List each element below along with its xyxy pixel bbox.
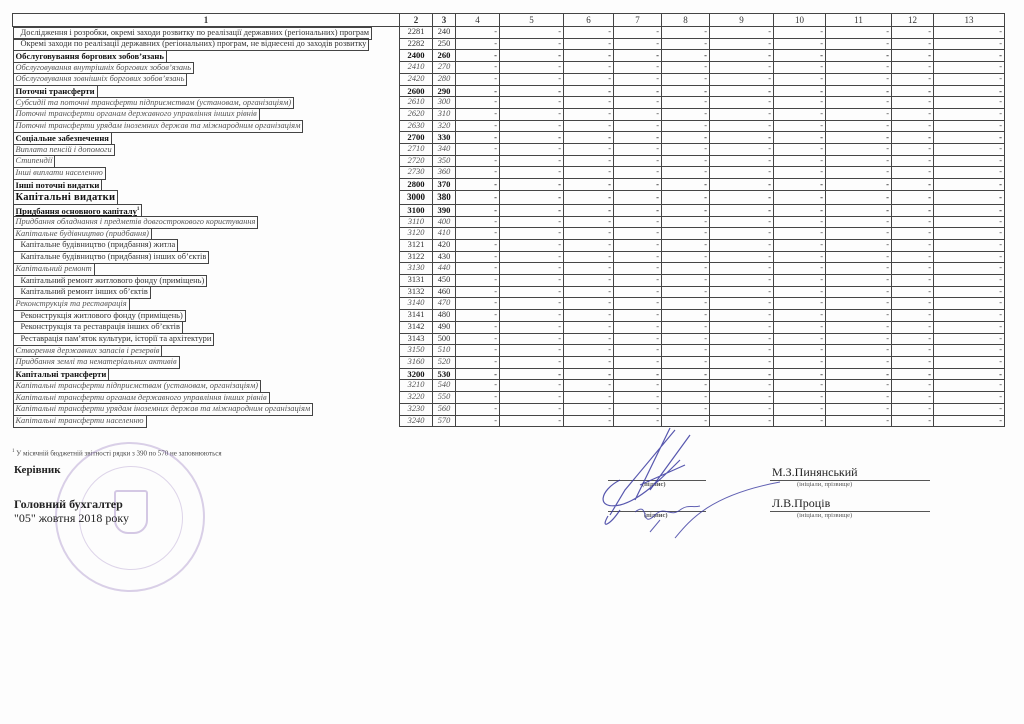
row-value: - (614, 275, 662, 287)
row-value: - (826, 251, 892, 263)
column-header: 11 (826, 14, 892, 27)
row-code: 3122 (400, 251, 433, 263)
row-value: - (662, 216, 710, 228)
row-value: - (614, 321, 662, 333)
row-line: 370 (433, 179, 456, 191)
row-value: - (892, 38, 934, 50)
row-line: 320 (433, 120, 456, 132)
row-name-text: Дослідження і розробки, окремі заходи ро… (21, 28, 370, 37)
row-line: 380 (433, 190, 456, 204)
row-value: - (934, 108, 1005, 120)
row-value: - (774, 310, 826, 322)
row-line: 250 (433, 38, 456, 50)
row-value: - (564, 132, 614, 144)
row-value: - (564, 228, 614, 240)
row-value: - (662, 392, 710, 404)
row-value: - (456, 204, 500, 216)
row-code: 3100 (400, 204, 433, 216)
row-value: - (500, 392, 564, 404)
column-header: 1 (13, 14, 400, 27)
column-header: 12 (892, 14, 934, 27)
row-value: - (892, 216, 934, 228)
row-code: 2710 (400, 144, 433, 156)
row-value: - (934, 27, 1005, 39)
row-value: - (564, 108, 614, 120)
row-value: - (710, 368, 774, 380)
row-value: - (456, 38, 500, 50)
row-value: - (892, 144, 934, 156)
row-name-text: Обслуговування зовнішніх боргових зобов’… (16, 74, 185, 83)
row-value: - (564, 345, 614, 357)
table-row: Капітальні трансферти підприємствам (уст… (13, 380, 1005, 392)
row-value: - (456, 392, 500, 404)
row-name-text: Поточні трансферти урядам іноземних держ… (16, 121, 301, 130)
row-value: - (892, 239, 934, 251)
row-value: - (934, 62, 1005, 74)
row-value: - (564, 27, 614, 39)
row-value: - (662, 239, 710, 251)
row-value: - (500, 403, 564, 415)
row-name-text: Обслуговування внутрішніх боргових зобов… (16, 63, 192, 72)
row-value: - (662, 62, 710, 74)
row-value: - (710, 179, 774, 191)
row-value: - (456, 108, 500, 120)
row-value: - (710, 321, 774, 333)
row-value: - (710, 228, 774, 240)
row-code: 3132 (400, 286, 433, 298)
table-row: Капітальне будівництво (придбання) інших… (13, 251, 1005, 263)
row-name-text: Капітальне будівництво (придбання) інших… (21, 252, 207, 261)
row-value: - (662, 321, 710, 333)
row-value: - (892, 263, 934, 275)
table-row: Інші виплати населенню2730360---------- (13, 167, 1005, 179)
row-value: - (934, 368, 1005, 380)
row-value: - (614, 144, 662, 156)
table-row: Соціальне забезпечення2700330---------- (13, 132, 1005, 144)
row-value: - (826, 356, 892, 368)
row-line: 330 (433, 132, 456, 144)
column-header: 10 (774, 14, 826, 27)
row-value: - (456, 333, 500, 345)
row-value: - (774, 298, 826, 310)
row-value: - (774, 179, 826, 191)
row-value: - (614, 120, 662, 132)
row-value: - (826, 403, 892, 415)
row-name-text: Капітальні трансферти (16, 369, 107, 379)
row-line: 550 (433, 392, 456, 404)
column-header: 2 (400, 14, 433, 27)
row-value: - (662, 50, 710, 62)
row-value: - (774, 62, 826, 74)
table-row: Обслуговування внутрішніх боргових зобов… (13, 62, 1005, 74)
table-row: Поточні трансферти урядам іноземних держ… (13, 120, 1005, 132)
row-value: - (662, 345, 710, 357)
row-value: - (710, 275, 774, 287)
row-value: - (710, 216, 774, 228)
row-line: 510 (433, 345, 456, 357)
row-value: - (662, 263, 710, 275)
row-value: - (710, 380, 774, 392)
row-line: 240 (433, 27, 456, 39)
row-name-text: Капітальні трансферти населенню (16, 416, 144, 425)
row-value: - (500, 62, 564, 74)
row-value: - (774, 345, 826, 357)
row-name-text: Капітальний ремонт житлового фонду (прим… (21, 276, 205, 285)
row-value: - (564, 392, 614, 404)
row-value: - (710, 85, 774, 97)
row-value: - (892, 251, 934, 263)
row-value: - (892, 85, 934, 97)
row-name-text: Капітальний ремонт інших об’єктів (21, 287, 148, 296)
row-name: Капітальні трансферти населенню (13, 415, 147, 428)
row-name-text: Реконструкція та реставрація (16, 299, 127, 308)
row-value: - (456, 179, 500, 191)
row-value: - (892, 27, 934, 39)
row-value: - (456, 62, 500, 74)
row-code: 3240 (400, 415, 433, 427)
row-code: 3131 (400, 275, 433, 287)
row-value: - (456, 310, 500, 322)
row-value: - (456, 415, 500, 427)
row-value: - (892, 380, 934, 392)
row-code: 2700 (400, 132, 433, 144)
row-value: - (934, 333, 1005, 345)
row-value: - (934, 392, 1005, 404)
row-value: - (826, 275, 892, 287)
row-value: - (500, 132, 564, 144)
row-line: 270 (433, 62, 456, 74)
footnote-mark: 1 (12, 449, 15, 454)
row-value: - (614, 27, 662, 39)
row-value: - (774, 356, 826, 368)
table-row: Виплата пенсій і допомоги2710340--------… (13, 144, 1005, 156)
row-name-text: Капітальне будівництво (придбання) житла (21, 240, 176, 249)
row-value: - (500, 155, 564, 167)
row-code: 3150 (400, 345, 433, 357)
row-value: - (456, 50, 500, 62)
column-header: 3 (433, 14, 456, 27)
row-value: - (500, 415, 564, 427)
row-value: - (826, 286, 892, 298)
row-value: - (614, 190, 662, 204)
row-value: - (456, 144, 500, 156)
row-line: 480 (433, 310, 456, 322)
row-name-text: Обслуговування боргових зобов’язань (16, 51, 164, 61)
row-value: - (934, 85, 1005, 97)
row-value: - (500, 321, 564, 333)
table-row: Реконструкція та реставрація3140470-----… (13, 298, 1005, 310)
row-value: - (892, 97, 934, 109)
row-value: - (614, 97, 662, 109)
row-value: - (934, 97, 1005, 109)
row-value: - (500, 190, 564, 204)
row-value: - (456, 239, 500, 251)
row-value: - (662, 155, 710, 167)
row-value: - (892, 275, 934, 287)
row-value: - (892, 356, 934, 368)
row-value: - (774, 97, 826, 109)
row-value: - (826, 108, 892, 120)
row-value: - (774, 239, 826, 251)
row-value: - (774, 167, 826, 179)
row-value: - (564, 298, 614, 310)
row-value: - (456, 298, 500, 310)
row-value: - (774, 132, 826, 144)
row-value: - (774, 190, 826, 204)
row-value: - (662, 73, 710, 85)
row-value: - (614, 85, 662, 97)
row-value: - (662, 144, 710, 156)
row-value: - (710, 62, 774, 74)
row-value: - (826, 62, 892, 74)
row-name-text: Реконструкція житлового фонду (приміщень… (21, 311, 183, 320)
row-code: 3000 (400, 190, 433, 204)
row-value: - (662, 356, 710, 368)
table-row: Обслуговування боргових зобов’язань24002… (13, 50, 1005, 62)
row-value: - (710, 251, 774, 263)
row-value: - (826, 85, 892, 97)
row-value: - (774, 403, 826, 415)
row-value: - (826, 120, 892, 132)
row-value: - (710, 392, 774, 404)
row-value: - (774, 27, 826, 39)
row-value: - (500, 275, 564, 287)
row-line: 490 (433, 321, 456, 333)
row-value: - (710, 167, 774, 179)
row-value: - (500, 108, 564, 120)
row-value: - (774, 228, 826, 240)
row-value: - (500, 368, 564, 380)
row-name-text: Інші поточні видатки (16, 180, 100, 190)
row-value: - (456, 132, 500, 144)
row-value: - (774, 73, 826, 85)
row-value: - (710, 356, 774, 368)
row-value: - (564, 275, 614, 287)
row-value: - (892, 204, 934, 216)
row-value: - (710, 190, 774, 204)
row-value: - (710, 298, 774, 310)
row-value: - (774, 286, 826, 298)
row-name-text: Стипендії (16, 156, 53, 165)
handwritten-signatures (580, 420, 810, 540)
row-value: - (564, 251, 614, 263)
row-code: 3160 (400, 356, 433, 368)
row-value: - (710, 333, 774, 345)
row-line: 430 (433, 251, 456, 263)
row-value: - (500, 167, 564, 179)
row-value: - (614, 38, 662, 50)
accountant-label: Головний бухгалтер (14, 497, 123, 512)
row-value: - (564, 73, 614, 85)
row-value: - (564, 144, 614, 156)
row-value: - (774, 144, 826, 156)
row-value: - (934, 73, 1005, 85)
column-header: 4 (456, 14, 500, 27)
row-value: - (710, 27, 774, 39)
row-value: - (662, 190, 710, 204)
row-value: - (774, 155, 826, 167)
row-value: - (564, 286, 614, 298)
row-value: - (710, 263, 774, 275)
table-row: Придбання землі та нематеріальних активі… (13, 356, 1005, 368)
row-code: 3200 (400, 368, 433, 380)
row-value: - (614, 228, 662, 240)
row-line: 440 (433, 263, 456, 275)
row-value: - (662, 179, 710, 191)
table-row: Окремі заходи по реалізації державних (р… (13, 38, 1005, 50)
column-header: 6 (564, 14, 614, 27)
row-value: - (662, 27, 710, 39)
row-value: - (614, 155, 662, 167)
row-value: - (774, 204, 826, 216)
row-value: - (614, 132, 662, 144)
table-row: Капітальні трансферти населенню3240570--… (13, 415, 1005, 427)
row-value: - (564, 120, 614, 132)
row-value: - (826, 179, 892, 191)
row-value: - (774, 263, 826, 275)
row-value: - (614, 380, 662, 392)
column-header: 13 (934, 14, 1005, 27)
row-value: - (662, 333, 710, 345)
table-row: Капітальний ремонт3130440---------- (13, 263, 1005, 275)
row-value: - (614, 392, 662, 404)
row-value: - (774, 275, 826, 287)
row-value: - (710, 120, 774, 132)
row-name-text: Окремі заходи по реалізації державних (р… (21, 39, 367, 48)
row-value: - (564, 356, 614, 368)
row-value: - (934, 310, 1005, 322)
row-code: 3130 (400, 263, 433, 275)
budget-expenditure-table: 12345678910111213Дослідження і розробки,… (12, 13, 1005, 427)
row-value: - (826, 144, 892, 156)
row-code: 3230 (400, 403, 433, 415)
row-value: - (710, 239, 774, 251)
table-row: Створення державних запасів і резервів31… (13, 345, 1005, 357)
row-value: - (774, 38, 826, 50)
row-value: - (934, 263, 1005, 275)
row-value: - (662, 310, 710, 322)
row-value: - (934, 144, 1005, 156)
row-name-text: Капітальний ремонт (16, 264, 92, 273)
table-row: Субсидії та поточні трансферти підприємс… (13, 97, 1005, 109)
row-name-text: Субсидії та поточні трансферти підприємс… (16, 98, 292, 107)
row-value: - (892, 286, 934, 298)
row-value: - (710, 204, 774, 216)
row-name-text: Інші виплати населенню (16, 168, 103, 177)
table-row: Капітальне будівництво (придбання)312041… (13, 228, 1005, 240)
row-value: - (826, 73, 892, 85)
row-value: - (892, 298, 934, 310)
row-value: - (662, 108, 710, 120)
row-value: - (826, 132, 892, 144)
row-value: - (500, 204, 564, 216)
row-value: - (500, 345, 564, 357)
row-line: 340 (433, 144, 456, 156)
row-value: - (564, 216, 614, 228)
row-value: - (500, 286, 564, 298)
row-value: - (826, 392, 892, 404)
row-value: - (500, 333, 564, 345)
row-value: - (564, 179, 614, 191)
row-value: - (710, 144, 774, 156)
row-name-text: Поточні трансферти (16, 86, 95, 96)
row-value: - (710, 97, 774, 109)
row-value: - (826, 298, 892, 310)
row-value: - (614, 108, 662, 120)
table-row: Капітальні трансферти3200530---------- (13, 368, 1005, 380)
row-value: - (564, 97, 614, 109)
table-row: Капітальний ремонт житлового фонду (прим… (13, 275, 1005, 287)
row-value: - (892, 403, 934, 415)
row-value: - (614, 368, 662, 380)
row-value: - (710, 286, 774, 298)
row-value: - (456, 155, 500, 167)
row-line: 280 (433, 73, 456, 85)
row-code: 2600 (400, 85, 433, 97)
row-value: - (500, 216, 564, 228)
row-value: - (564, 167, 614, 179)
row-value: - (564, 321, 614, 333)
row-value: - (456, 345, 500, 357)
row-value: - (774, 380, 826, 392)
row-value: - (892, 50, 934, 62)
row-code: 2420 (400, 73, 433, 85)
column-header: 7 (614, 14, 662, 27)
row-value: - (934, 120, 1005, 132)
row-value: - (934, 251, 1005, 263)
row-value: - (892, 167, 934, 179)
table-row: Реконструкція та реставрація інших об’єк… (13, 321, 1005, 333)
row-code: 3141 (400, 310, 433, 322)
row-name-text: Капітальні видатки (16, 192, 116, 203)
row-value: - (662, 380, 710, 392)
table-row: Придбання основного капіталу13100390----… (13, 204, 1005, 216)
row-value: - (774, 333, 826, 345)
row-line: 300 (433, 97, 456, 109)
row-value: - (456, 380, 500, 392)
row-value: - (456, 216, 500, 228)
row-value: - (456, 190, 500, 204)
row-value: - (614, 251, 662, 263)
row-value: - (892, 415, 934, 427)
row-value: - (934, 155, 1005, 167)
row-value: - (500, 251, 564, 263)
row-value: - (500, 50, 564, 62)
row-value: - (892, 190, 934, 204)
row-value: - (826, 204, 892, 216)
table-row: Капітальні трансферти органам державного… (13, 392, 1005, 404)
row-value: - (934, 216, 1005, 228)
row-value: - (710, 38, 774, 50)
row-line: 470 (433, 298, 456, 310)
row-code: 3140 (400, 298, 433, 310)
row-name-text: Реконструкція та реставрація інших об’єк… (21, 322, 180, 331)
row-value: - (774, 392, 826, 404)
row-value: - (662, 97, 710, 109)
row-value: - (710, 108, 774, 120)
row-value: - (826, 263, 892, 275)
table-row: Капітальне будівництво (придбання) житла… (13, 239, 1005, 251)
row-value: - (662, 120, 710, 132)
row-line: 530 (433, 368, 456, 380)
row-line: 460 (433, 286, 456, 298)
row-value: - (564, 62, 614, 74)
row-value: - (500, 310, 564, 322)
row-code: 3110 (400, 216, 433, 228)
row-code: 2410 (400, 62, 433, 74)
row-value: - (934, 50, 1005, 62)
row-value: - (934, 321, 1005, 333)
